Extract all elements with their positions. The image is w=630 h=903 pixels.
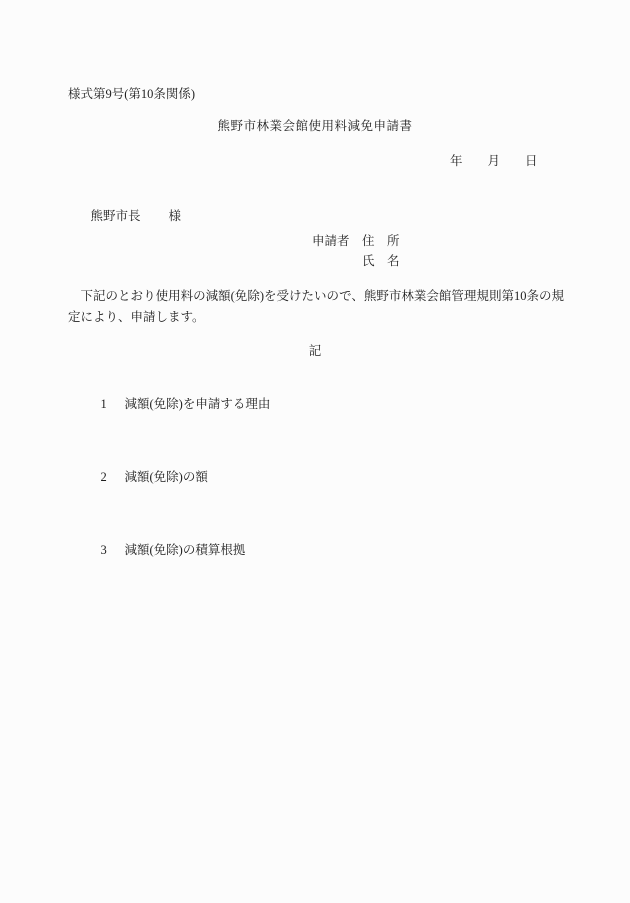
form-number: 様式第9号(第10条関係) bbox=[68, 84, 195, 102]
item-text: 減額(免除)の積算根拠 bbox=[125, 543, 246, 557]
document-title: 熊野市林業会館使用料減免申請書 bbox=[0, 116, 630, 134]
addressee-name: 熊野市長 bbox=[91, 209, 141, 223]
item-number: 1 bbox=[101, 397, 125, 412]
list-item: 3減額(免除)の積算根拠 bbox=[88, 525, 245, 573]
list-item: 2減額(免除)の額 bbox=[88, 452, 208, 500]
item-text: 減額(免除)を申請する理由 bbox=[125, 397, 271, 411]
record-heading: 記 bbox=[0, 341, 630, 359]
list-item: 1減額(免除)を申請する理由 bbox=[88, 379, 270, 427]
date-line: 年 月 日 bbox=[450, 151, 538, 169]
document-page: 様式第9号(第10条関係) 熊野市林業会館使用料減免申請書 年 月 日 熊野市長… bbox=[0, 0, 630, 903]
addressee-line: 熊野市長様 bbox=[78, 191, 181, 239]
item-text: 減額(免除)の額 bbox=[125, 470, 208, 484]
addressee-honorific: 様 bbox=[169, 209, 182, 223]
body-paragraph: 下記のとおり使用料の減額(免除)を受けたいので、熊野市林業会館管理規則第10条の… bbox=[68, 286, 564, 328]
applicant-name-line: 氏 名 bbox=[362, 251, 400, 269]
item-number: 2 bbox=[101, 470, 125, 485]
item-number: 3 bbox=[101, 543, 125, 558]
applicant-address-line: 申請者 住 所 bbox=[312, 231, 400, 249]
